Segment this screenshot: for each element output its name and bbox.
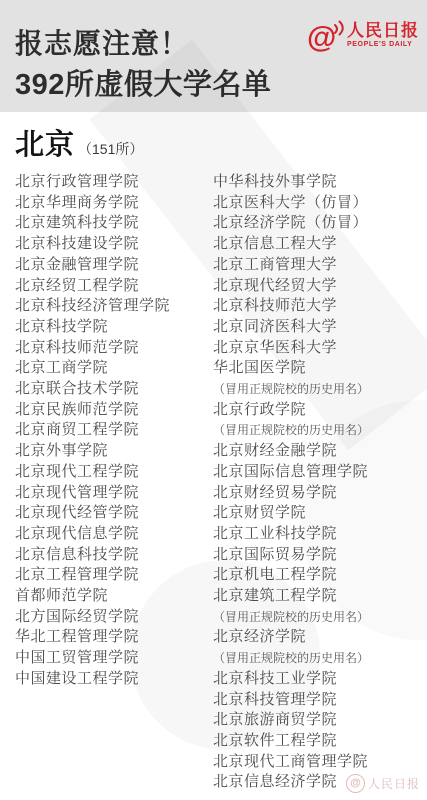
university-item: 北京现代工商管理学院 [213,752,427,773]
university-item: 北京现代工程学院 [15,462,213,483]
university-item: 北京华理商务学院 [15,193,213,214]
university-item: 北京科技学院 [15,317,213,338]
watermark-at-icon: @ [346,774,365,793]
university-item: 北京现代管理学院 [15,483,213,504]
logo-text: 人民日报 PEOPLE'S DAILY [347,22,419,48]
peoples-daily-logo: @ 人民日报 PEOPLE'S DAILY [306,16,419,56]
university-item: 华北国医学院 [213,358,427,379]
university-item: 北京软件工程学院 [213,731,427,752]
university-item: 北京科技建设学院 [15,234,213,255]
university-item: 首都师范学院 [15,586,213,607]
university-item: 北京工程管理学院 [15,565,213,586]
header-banner: 报志愿注意！ 392所虚假大学名单 @ 人民日报 PEOPLE'S DAILY [0,0,427,112]
university-column-right: 中华科技外事学院北京医科大学（仿冒）北京经济学院（仿冒）北京信息工程大学北京工商… [213,172,427,793]
university-item: 北京工商学院 [15,358,213,379]
university-item: 北京财经金融学院 [213,441,427,462]
university-item: 北方国际经贸学院 [15,607,213,628]
university-item: 北京同济医科大学 [213,317,427,338]
university-item: 北京科技管理学院 [213,690,427,711]
university-item: 北京国际贸易学院 [213,545,427,566]
university-item: 北京现代经管学院 [15,503,213,524]
section-heading: 北京 （151所） [15,122,143,163]
university-item: 北京建筑工程学院 [213,586,427,607]
history-name-note: （冒用正规院校的历史用名） [213,607,427,628]
watermark-text: 人民日报 [368,775,420,792]
logo-name: 人民日报 [347,22,419,39]
region-count: （151所） [78,139,143,159]
university-item: 北京现代信息学院 [15,524,213,545]
weibo-watermark: @ 人民日报 [346,774,420,793]
at-broadcast-icon: @ [306,16,346,56]
university-item: 北京财经贸易学院 [213,483,427,504]
university-item: 北京行政管理学院 [15,172,213,193]
university-item: 北京科技工业学院 [213,669,427,690]
region-title: 北京 [15,122,75,163]
university-item: 北京国际信息管理学院 [213,462,427,483]
university-list: 北京行政管理学院北京华理商务学院北京建筑科技学院北京科技建设学院北京金融管理学院… [15,172,427,793]
university-item: 北京外事学院 [15,441,213,462]
university-item: 北京科技师范学院 [15,338,213,359]
university-item: 北京科技师范大学 [213,296,427,317]
university-item: 北京建筑科技学院 [15,213,213,234]
university-item: 北京财贸学院 [213,503,427,524]
university-item: 北京民族师范学院 [15,400,213,421]
history-name-note: （冒用正规院校的历史用名） [213,648,427,669]
university-item: 北京京华医科大学 [213,338,427,359]
title-line-1: 报志愿注意！ [15,22,189,62]
university-item: 北京金融管理学院 [15,255,213,276]
university-item: 北京工业科技学院 [213,524,427,545]
university-item: 北京信息科技学院 [15,545,213,566]
university-item: 北京工商管理大学 [213,255,427,276]
university-item: 北京信息工程大学 [213,234,427,255]
infographic-page: 报志愿注意！ 392所虚假大学名单 @ 人民日报 PEOPLE'S DAILY … [0,0,427,800]
university-item: 中华科技外事学院 [213,172,427,193]
university-column-left: 北京行政管理学院北京华理商务学院北京建筑科技学院北京科技建设学院北京金融管理学院… [15,172,213,793]
university-item: 北京经贸工程学院 [15,276,213,297]
university-item: 北京旅游商贸学院 [213,710,427,731]
title-line-2: 392所虚假大学名单 [15,62,271,103]
logo-subtitle: PEOPLE'S DAILY [347,41,419,48]
university-item: 北京科技经济管理学院 [15,296,213,317]
university-item: 北京经济学院（仿冒） [213,213,427,234]
university-item: 华北工程管理学院 [15,627,213,648]
university-item: 北京经济学院 [213,627,427,648]
university-item: 北京医科大学（仿冒） [213,193,427,214]
university-item: 北京联合技术学院 [15,379,213,400]
university-item: 北京机电工程学院 [213,565,427,586]
university-item: 中国建设工程学院 [15,669,213,690]
svg-text:@: @ [307,21,336,54]
history-name-note: （冒用正规院校的历史用名） [213,379,427,400]
university-item: 北京行政学院 [213,400,427,421]
history-name-note: （冒用正规院校的历史用名） [213,420,427,441]
university-item: 北京现代经贸大学 [213,276,427,297]
university-item: 北京商贸工程学院 [15,420,213,441]
university-item: 中国工贸管理学院 [15,648,213,669]
